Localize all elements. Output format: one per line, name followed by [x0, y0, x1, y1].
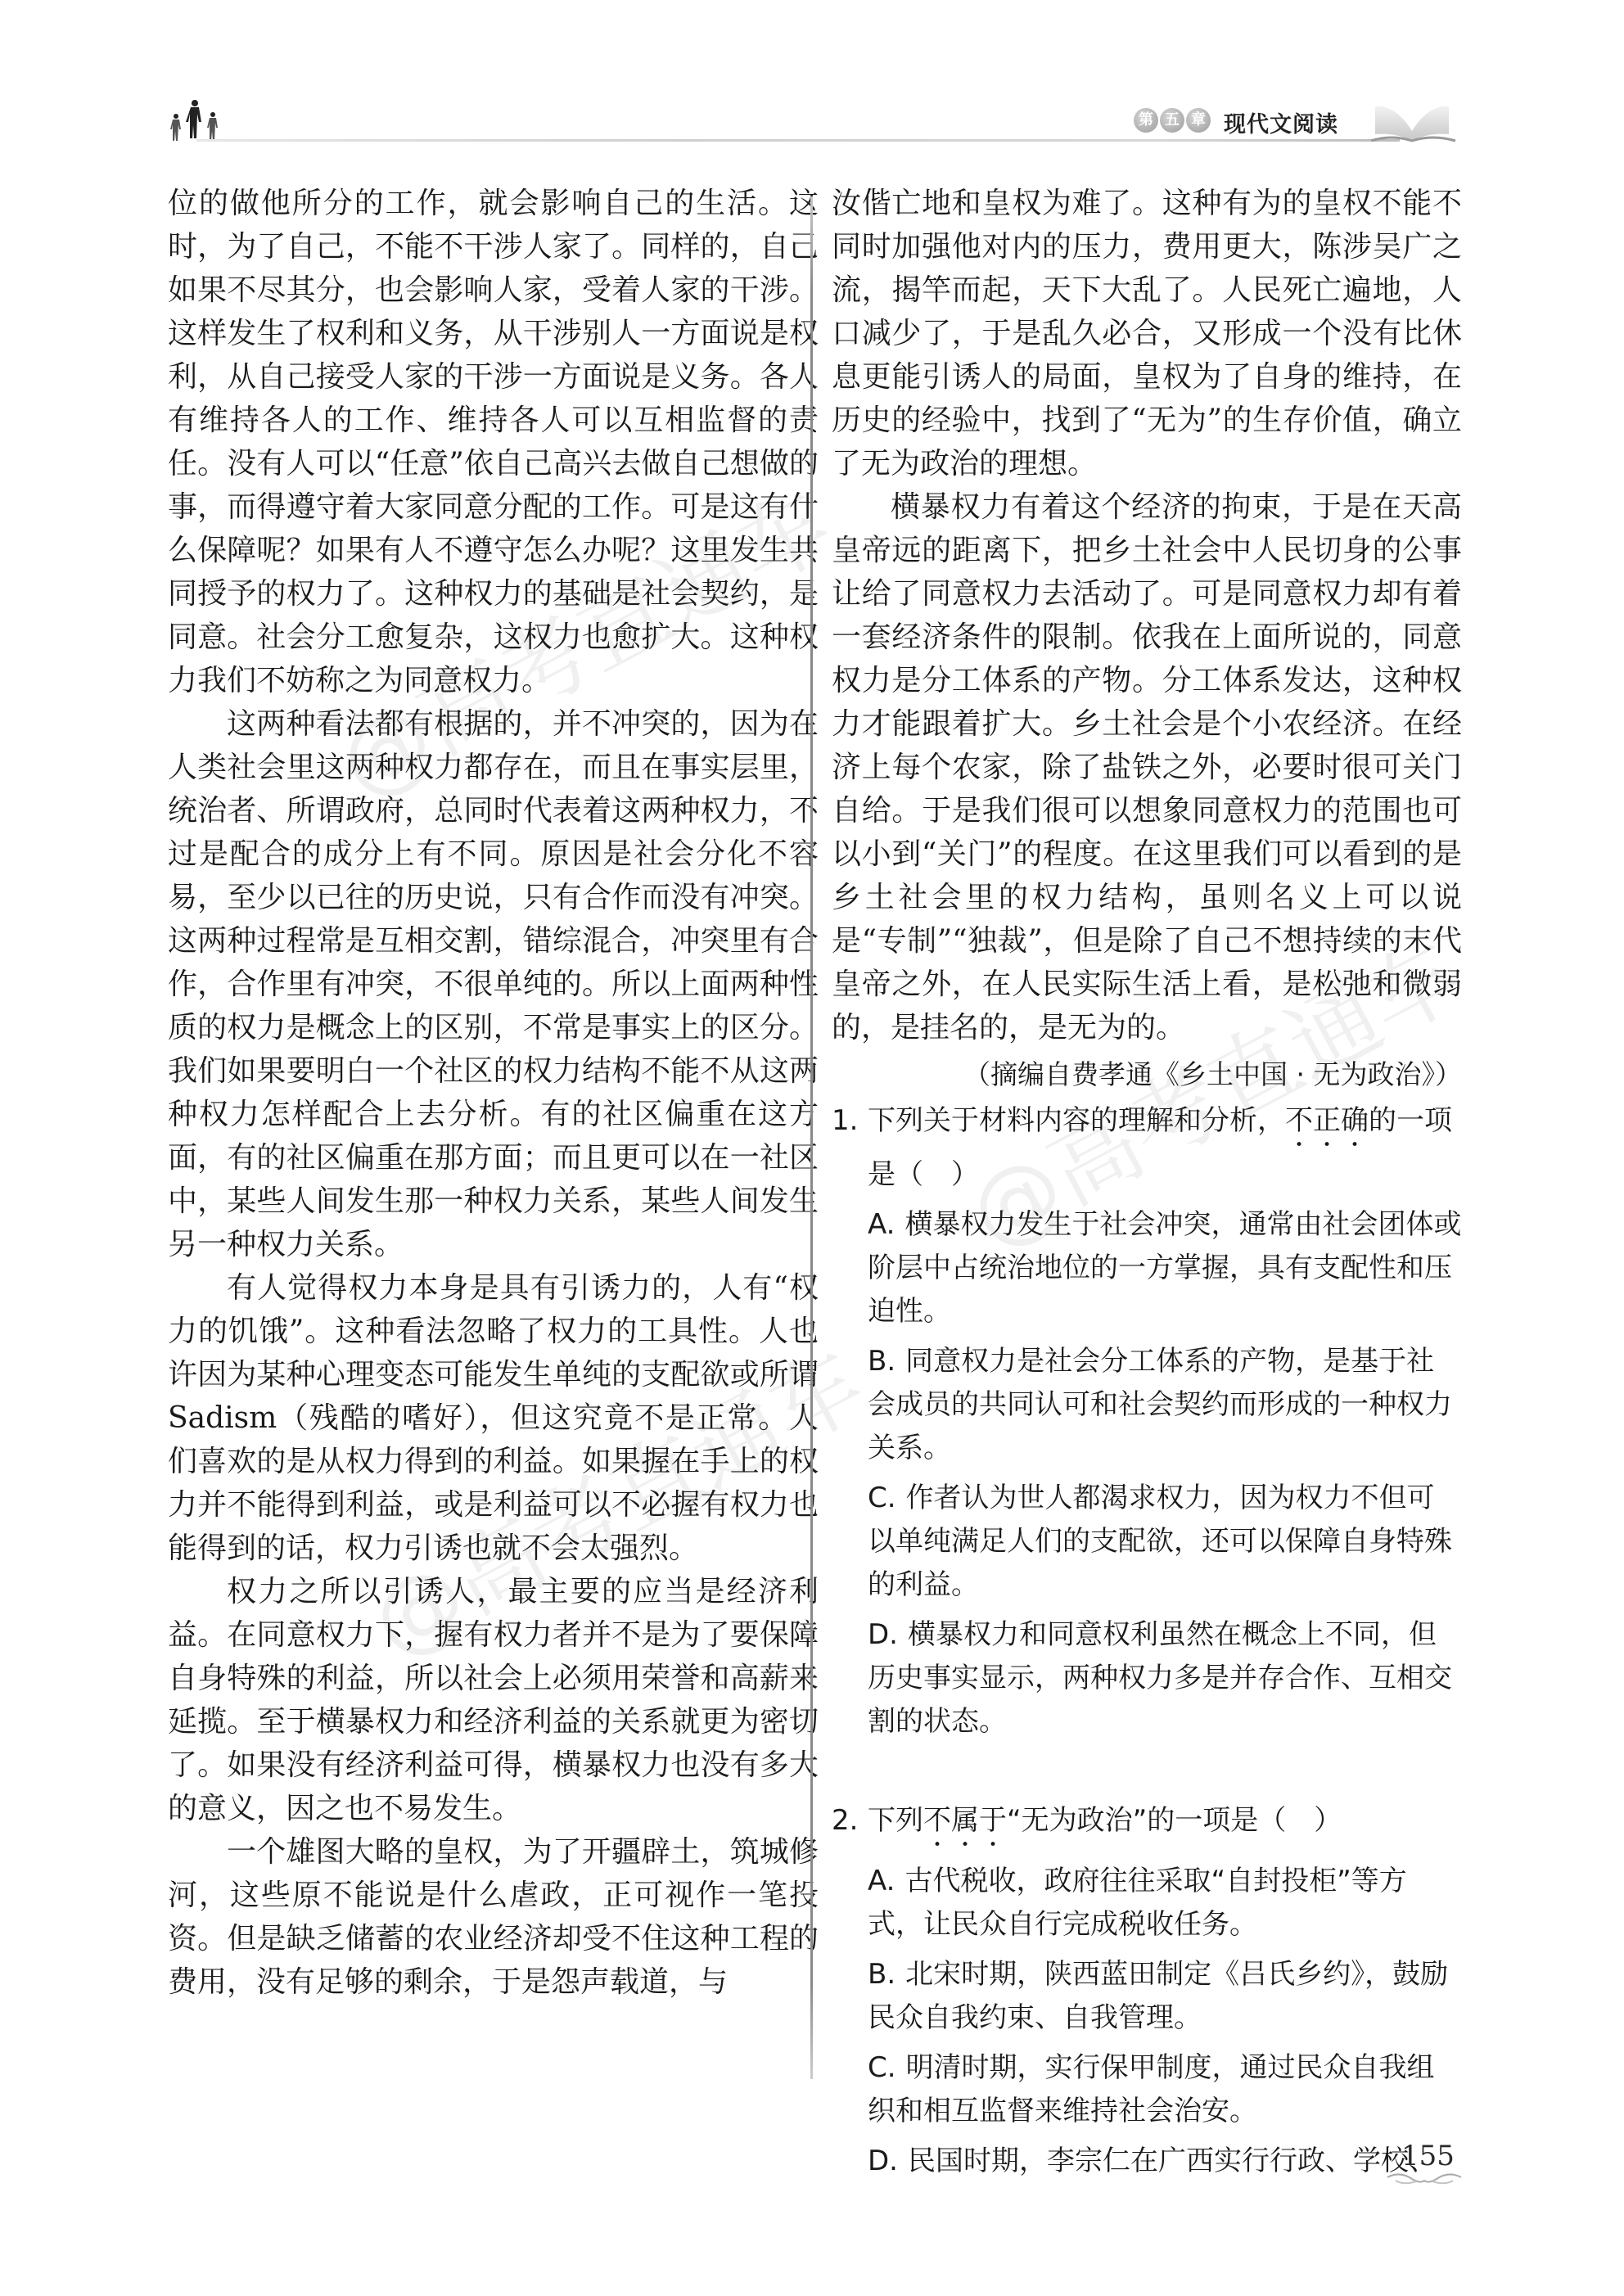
option-letter: A. [868, 1208, 895, 1241]
chapter-badge-char: 第 [1134, 108, 1158, 133]
option-a[interactable]: A.古代税收，政府往往采取“自封投柜”等方式，让民众自行完成税收任务。 [832, 1860, 1462, 1946]
paragraph: 有人觉得权力本身是具有引诱力的，人有“权力的饥饿”。这种看法忽略了权力的工具性。… [168, 1266, 819, 1570]
option-letter: C. [868, 2051, 896, 2084]
header-rule [196, 139, 1400, 142]
question-text: 下列不属于“无为政治”的一项是（ ） [868, 1799, 1342, 1853]
paragraph: 权力之所以引诱人，最主要的应当是经济利益。在同意权力下，握有权力者并不是为了要保… [168, 1570, 819, 1830]
option-c[interactable]: C.明清时期，实行保甲制度，通过民众自我组织和相互监督来维持社会治安。 [832, 2046, 1462, 2133]
stem-text: 下列关于材料内容的理解和分析， [868, 1104, 1285, 1137]
paragraph: 这两种看法都有根据的，并不冲突的，因为在人类社会里这两种权力都存在，而且在事实层… [168, 702, 819, 1266]
column-divider [810, 196, 813, 2079]
section-title: 现代文阅读 [1224, 106, 1338, 138]
right-column: 汝偕亡地和皇权为难了。这种有为的皇权不能不同时加强他对内的压力，费用更大，陈涉吴… [832, 182, 1462, 2183]
option-c[interactable]: C.作者认为世人都渴求权力，因为权力不但可以单纯满足人们的支配欲，还可以保障自身… [832, 1477, 1462, 1607]
option-letter: D. [868, 2145, 898, 2177]
option-text: 横暴权力和同意权利虽然在概念上不同，但历史事实显示，两种权力多是并存合作、互相交… [868, 1618, 1452, 1738]
question-stem: 1. 下列关于材料内容的理解和分析，不正确的一项是（ ） [832, 1099, 1462, 1197]
option-text: 作者认为世人都渴求权力，因为权力不但可以单纯满足人们的支配欲，还可以保障自身特殊… [868, 1482, 1452, 1601]
paragraph: 横暴权力有着这个经济的拘束，于是在天高皇帝远的距离下，把乡土社会中人民切身的公事… [832, 485, 1462, 1049]
option-letter: B. [868, 1958, 895, 1991]
paragraph: 位的做他所分的工作，就会影响自己的生活。这时，为了自己，不能不干涉人家了。同样的… [168, 182, 819, 702]
option-text: 民国时期，李宗仁在广西实行行政、学校、 [908, 2145, 1437, 2177]
option-b[interactable]: B.北宋时期，陕西蓝田制定《吕氏乡约》，鼓励民众自我约束、自我管理。 [832, 1953, 1462, 2040]
chapter-badge-char: 五 [1160, 108, 1184, 133]
option-text: 北宋时期，陕西蓝田制定《吕氏乡约》，鼓励民众自我约束、自我管理。 [868, 1958, 1448, 2034]
source-citation: （摘编自费孝通《乡土中国 · 无为政治》） [832, 1053, 1462, 1096]
option-text: 明清时期，实行保甲制度，通过民众自我组织和相互监督来维持社会治安。 [868, 2051, 1435, 2127]
paragraph: 一个雄图大略的皇权，为了开疆辟土，筑城修河，这些原不能说是什么虐政，正可视作一笔… [168, 1830, 819, 2004]
option-b[interactable]: B.同意权力是社会分工体系的产物，是基于社会成员的共同认可和社会契约而形成的一种… [832, 1340, 1462, 1470]
option-text: 古代税收，政府往往采取“自封投柜”等方式，让民众自行完成税收任务。 [868, 1865, 1407, 1941]
question-1: 1. 下列关于材料内容的理解和分析，不正确的一项是（ ） A.横暴权力发生于社会… [832, 1099, 1462, 1743]
page-ornament-icon [1383, 2169, 1465, 2187]
paragraph: 汝偕亡地和皇权为难了。这种有为的皇权不能不同时加强他对内的压力，费用更大，陈涉吴… [832, 182, 1462, 485]
stem-text: 下列 [868, 1804, 923, 1837]
question-text: 下列关于材料内容的理解和分析，不正确的一项是（ ） [868, 1099, 1462, 1197]
option-d[interactable]: D.民国时期，李宗仁在广西实行行政、学校、 [832, 2140, 1462, 2183]
question-number: 2. [832, 1799, 868, 1853]
chapter-badge: 第 五 章 [1134, 108, 1211, 133]
option-text: 同意权力是社会分工体系的产物，是基于社会成员的共同认可和社会契约而形成的一种权力… [868, 1345, 1452, 1464]
option-letter: C. [868, 1482, 896, 1514]
question-2: 2. 下列不属于“无为政治”的一项是（ ） A.古代税收，政府往往采取“自封投柜… [832, 1799, 1462, 2183]
page-header: 第 五 章 现代文阅读 [164, 98, 1465, 147]
chapter-badge-char: 章 [1186, 108, 1211, 133]
emphasis-text: 不正确 [1285, 1104, 1369, 1137]
option-d[interactable]: D.横暴权力和同意权利虽然在概念上不同，但历史事实显示，两种权力多是并存合作、互… [832, 1613, 1462, 1743]
option-letter: B. [868, 1345, 895, 1378]
option-text: 横暴权力发生于社会冲突，通常由社会团体或阶层中占统治地位的一方掌握，具有支配性和… [868, 1208, 1461, 1328]
page-number: 155 [1401, 2140, 1455, 2172]
stem-text: “无为政治”的一项是（ ） [1007, 1804, 1342, 1837]
emphasis-text: 不属于 [923, 1804, 1007, 1837]
open-book-icon [1367, 98, 1457, 146]
question-stem: 2. 下列不属于“无为政治”的一项是（ ） [832, 1799, 1462, 1853]
question-number: 1. [832, 1099, 868, 1197]
left-column: 位的做他所分的工作，就会影响自己的生活。这时，为了自己，不能不干涉人家了。同样的… [168, 182, 819, 2004]
option-letter: D. [868, 1618, 898, 1651]
option-letter: A. [868, 1865, 895, 1897]
option-a[interactable]: A.横暴权力发生于社会冲突，通常由社会团体或阶层中占统治地位的一方掌握，具有支配… [832, 1203, 1462, 1333]
